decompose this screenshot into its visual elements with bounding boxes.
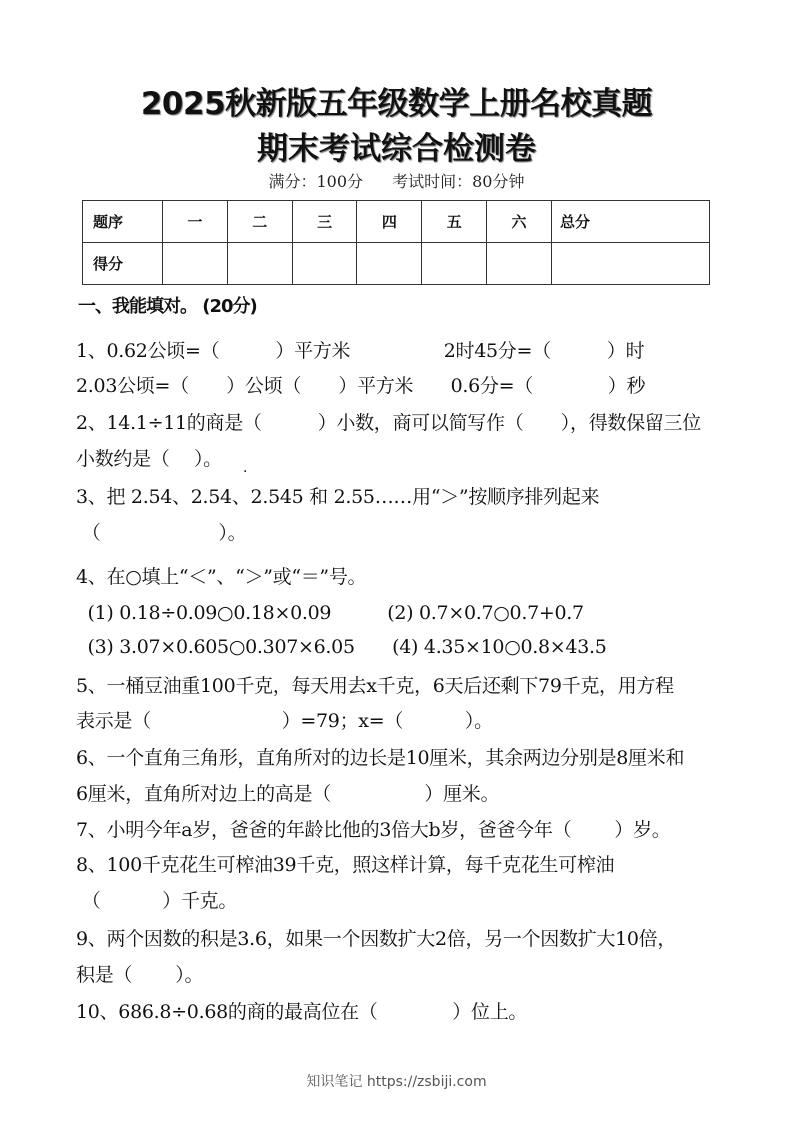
header-cell: 五 [422, 201, 487, 243]
question-line: (1) 0.18÷0.09○0.18×0.09 (2) 0.7×0.7○0.7+… [76, 598, 584, 625]
header-cell: 总分 [551, 201, 709, 243]
score-cell [163, 243, 228, 285]
question-line: 1、0.62公顷=（ ）平方米 2时45分=（ ）时 [76, 336, 644, 363]
watermark: 知识笔记 https://zsbiji.com [0, 1071, 793, 1091]
question-line: 积是（ ）。 [76, 960, 203, 987]
score-table: 题序 一 二 三 四 五 六 总分 得分 [82, 200, 710, 285]
header-cell: 二 [227, 201, 292, 243]
header-cell: 题序 [83, 201, 163, 243]
exam-title-line2: 期末考试综合检测卷 [0, 123, 793, 168]
score-table-score-row: 得分 [83, 243, 710, 285]
question-line: （ ）千克。 [76, 886, 237, 913]
score-cell [227, 243, 292, 285]
header-cell: 六 [487, 201, 552, 243]
question-line: 表示是（ ）=79；x=（ ）。 [76, 706, 493, 733]
recurring-decimal-dot: · [243, 464, 247, 480]
header-cell: 一 [163, 201, 228, 243]
question-line: （ ）。 [76, 518, 246, 545]
question-line: 9、两个因数的积是3.6，如果一个因数扩大2倍，另一个因数扩大10倍， [76, 924, 676, 951]
question-line: 小数约是（ ）。 [76, 444, 222, 471]
question-line: 5、一桶豆油重100千克，每天用去x千克，6天后还剩下79千克，用方程 [76, 671, 674, 698]
question-line: 8、100千克花生可榨油39千克，照这样计算，每千克花生可榨油 [76, 850, 614, 877]
score-row-label: 得分 [83, 243, 163, 285]
exam-time: 考试时间：80分钟 [392, 172, 524, 191]
score-cell [487, 243, 552, 285]
score-cell [551, 243, 709, 285]
score-cell [357, 243, 422, 285]
question-line: 2、14.1÷11的商是（ ）小数，商可以简写作（ ），得数保留三位 [76, 408, 701, 435]
exam-meta: 满分：100分 考试时间：80分钟 [0, 169, 793, 192]
question-line: 4、在○填上“＜”、“＞”或“＝”号。 [76, 562, 366, 589]
full-score: 满分：100分 [268, 172, 363, 191]
question-line: 6厘米，直角所对边上的高是（ ）厘米。 [76, 779, 499, 806]
score-cell [292, 243, 357, 285]
question-line: 2.03公顷=（ ）公顷（ ）平方米 0.6分=（ ）秒 [76, 371, 645, 398]
question-line: (3) 3.07×0.605○0.307×6.05 (4) 4.35×10○0.… [76, 632, 607, 659]
section-title: 一、我能填对。 (20分) [78, 292, 257, 318]
score-table-header-row: 题序 一 二 三 四 五 六 总分 [83, 201, 710, 243]
question-line: 10、686.8÷0.68的商的最高位在（ ）位上。 [76, 997, 527, 1024]
header-cell: 三 [292, 201, 357, 243]
question-line: 6、一个直角三角形，直角所对的边长是10厘米，其余两边分别是8厘米和 [76, 743, 684, 770]
question-line: 3、把 2.54、2.54、2.545 和 2.55……用“＞”按顺序排列起来 [76, 482, 599, 509]
header-cell: 四 [357, 201, 422, 243]
score-cell [422, 243, 487, 285]
exam-title-line1: 2025秋新版五年级数学上册名校真题 [0, 78, 793, 123]
question-line: 7、小明今年a岁，爸爸的年龄比他的3倍大b岁，爸爸今年（ ）岁。 [76, 815, 671, 842]
